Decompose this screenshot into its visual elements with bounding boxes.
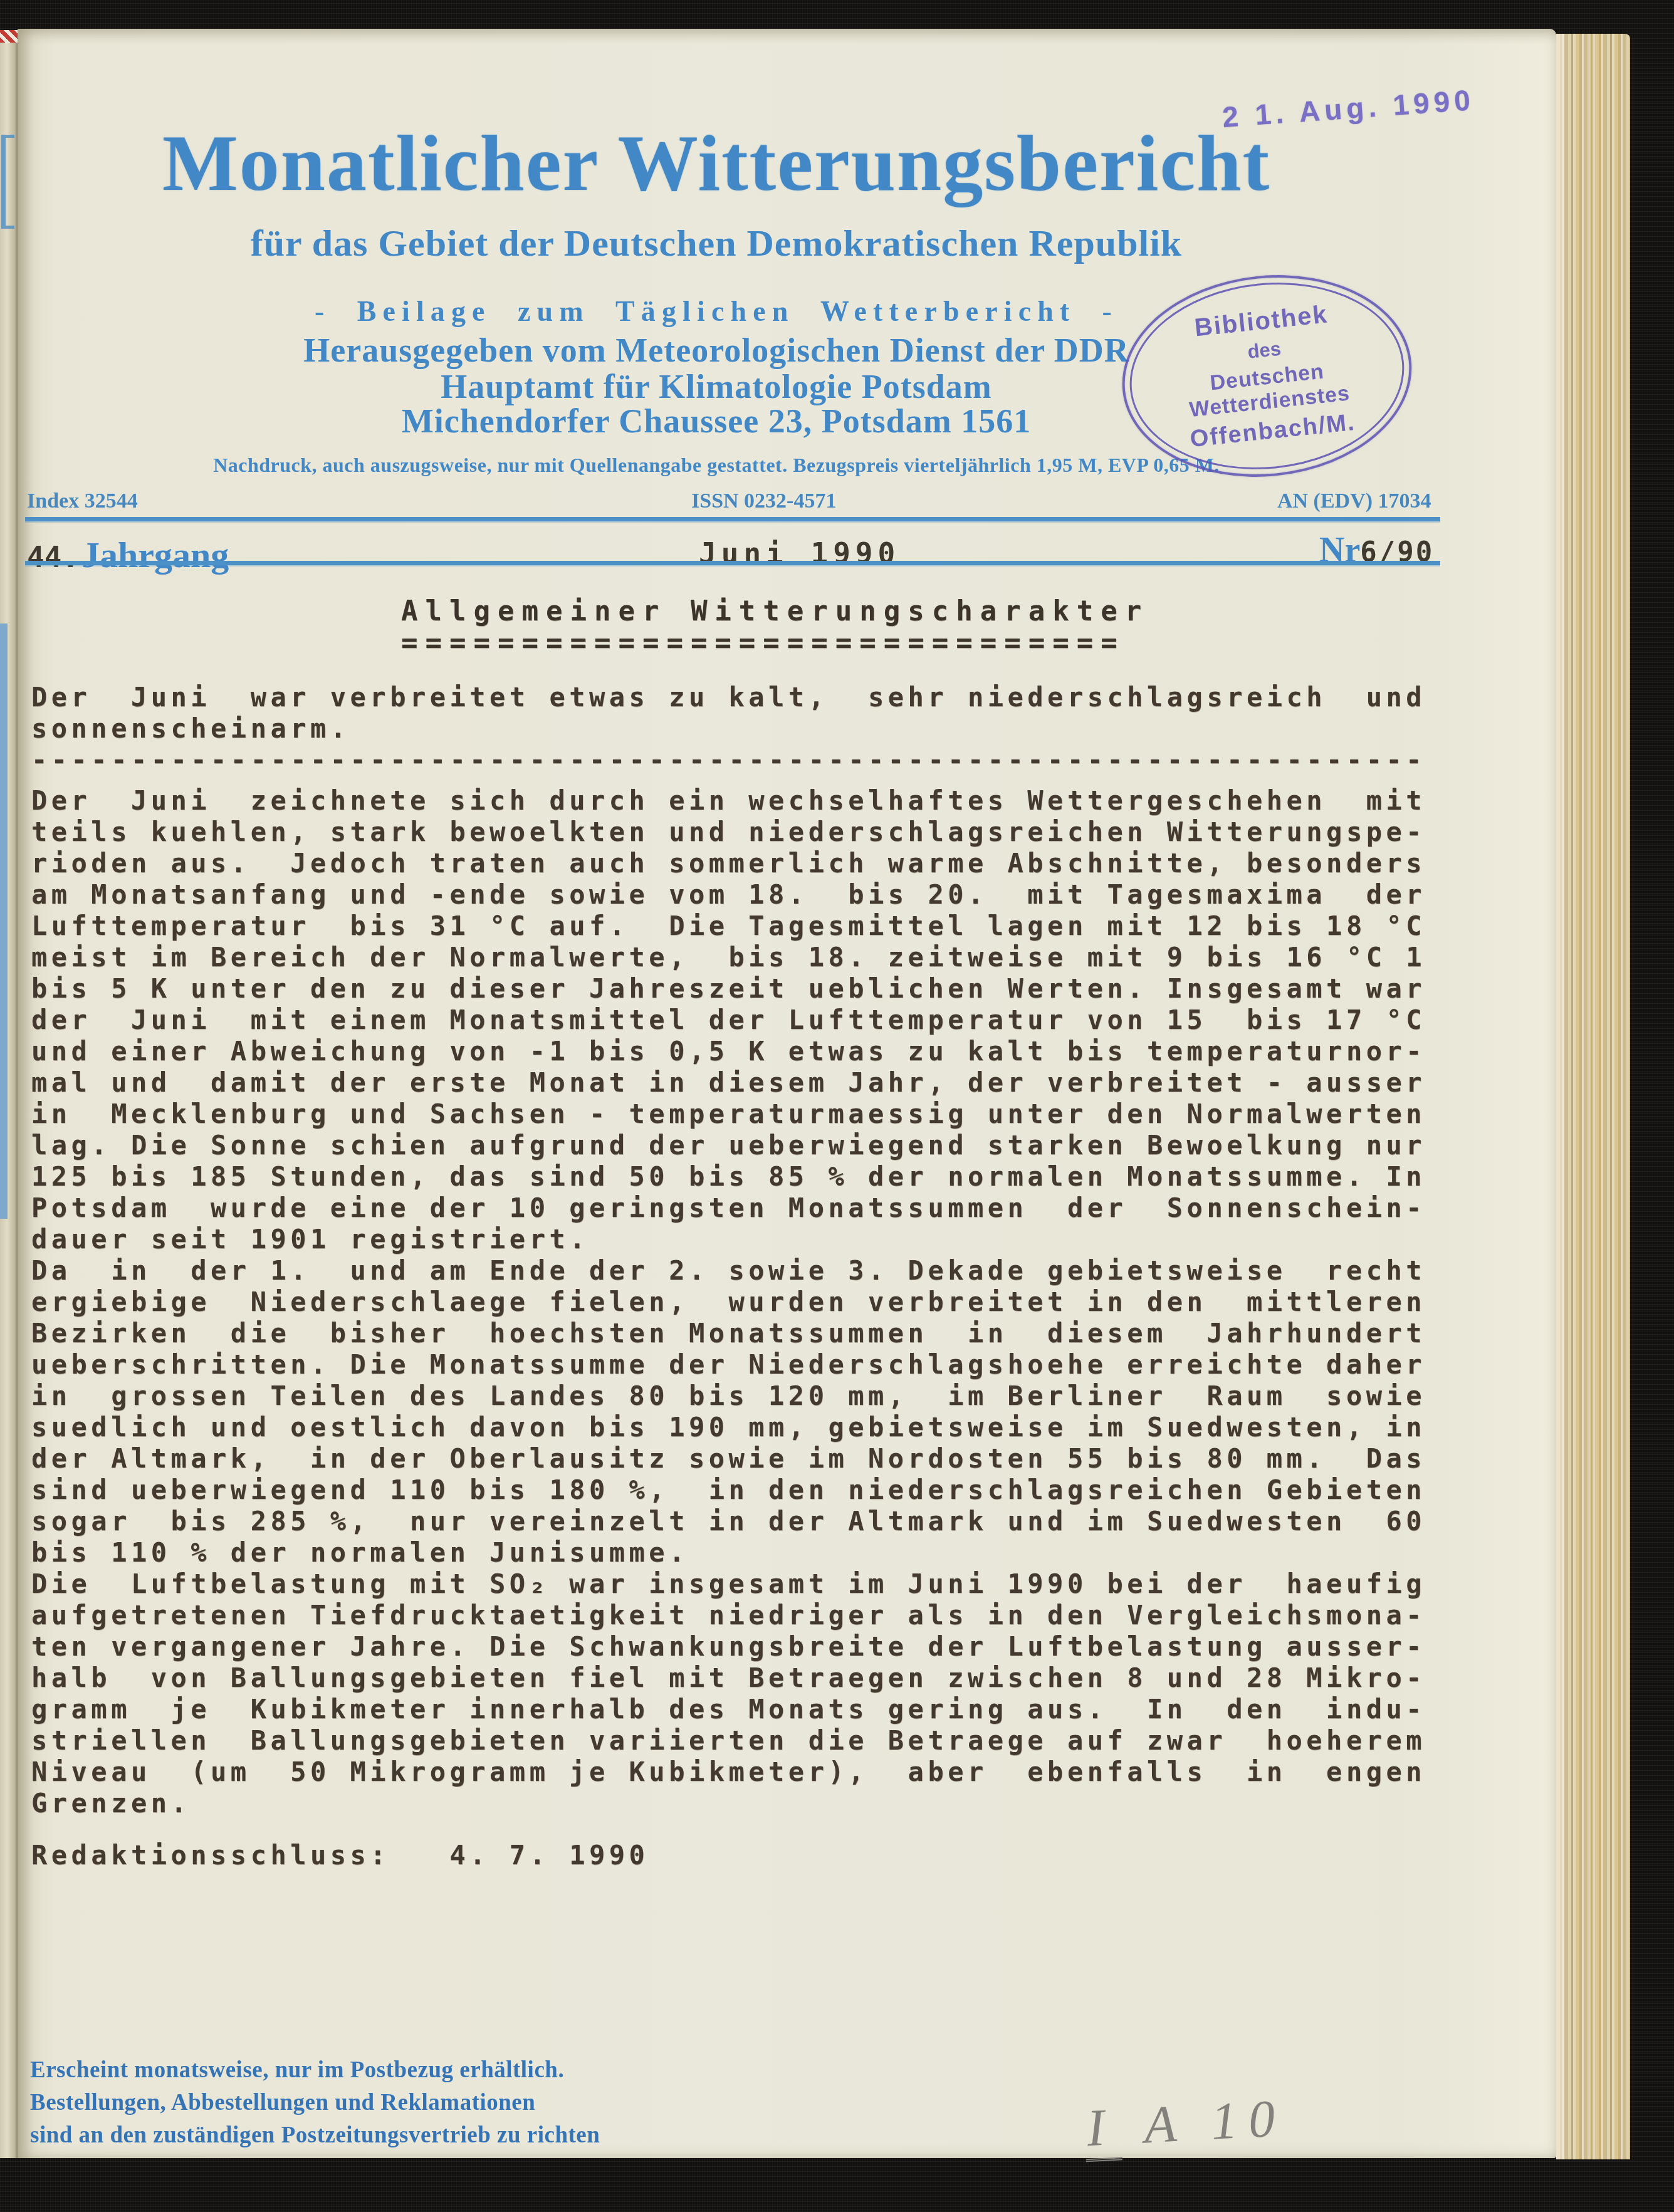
handwritten-note: I A 10	[1083, 2088, 1288, 2159]
volume-number: 44.	[27, 540, 79, 574]
issn-number: ISSN 0232-4571	[691, 489, 836, 513]
index-number: Index 32544	[27, 489, 138, 513]
top-rule	[25, 517, 1440, 521]
an-edv-number: AN (EDV) 17034	[1277, 489, 1431, 513]
handwritten-note-rest: A 10	[1119, 2089, 1288, 2156]
footer-line-2: Bestellungen, Abbestellungen und Reklama…	[30, 2089, 535, 2116]
report-body: Der Juni zeichnete sich durch ein wechse…	[31, 785, 1426, 1819]
library-stamp-line2: des	[1247, 338, 1282, 363]
bookmark-ribbon	[0, 30, 19, 43]
footer-line-1: Erscheint monatsweise, nur im Postbezug …	[30, 2057, 564, 2084]
section-heading-underline: ==============================	[401, 628, 1125, 658]
volume-word: Jahrgang	[81, 535, 229, 575]
underlying-blue-sheet-edge	[0, 623, 8, 1219]
page-title: Monatlicher Witterungsbericht	[18, 123, 1415, 203]
library-stamp-line1: Bibliothek	[1193, 300, 1329, 342]
bottom-rule	[25, 561, 1440, 565]
document-page: 2 1. Aug. 1990 Monatlicher Witterungsber…	[18, 29, 1556, 2158]
book-fore-edge-stack	[1556, 34, 1630, 2159]
handwritten-roman-numeral: I	[1083, 2097, 1122, 2162]
underlying-page-bracket-mark	[1, 135, 14, 229]
section-heading: Allgemeiner Witterungscharakter	[401, 597, 1149, 627]
summary-paragraph: Der Juni war verbreitet etwas zu kalt, s…	[31, 682, 1426, 776]
masthead-subtitle: für das Gebiet der Deutschen Demokratisc…	[18, 222, 1415, 265]
editorial-deadline: Redaktionsschluss: 4. 7. 1990	[31, 1840, 649, 1871]
footer-line-3: sind an den zuständigen Postzeitungsvert…	[30, 2122, 600, 2149]
library-stamp-line3: Deutschen Wetterdienstes	[1131, 351, 1406, 428]
volume-label: 44. Jahrgang	[27, 534, 229, 576]
